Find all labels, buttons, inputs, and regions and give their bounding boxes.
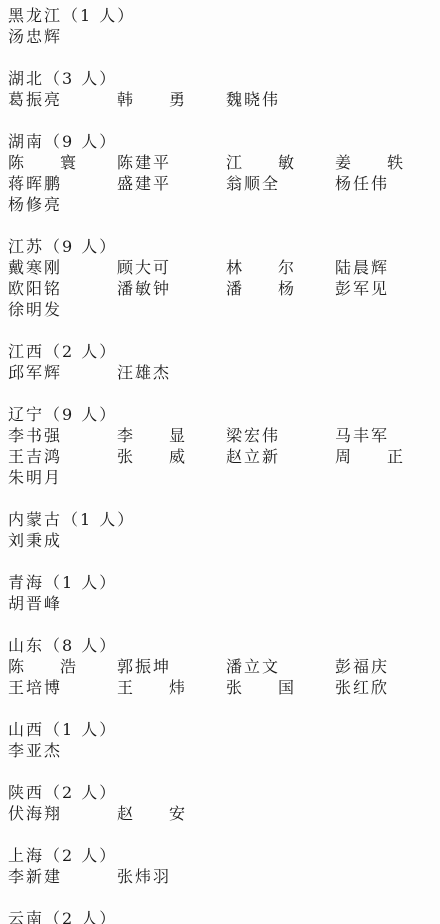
person-name: 周正 — [335, 446, 403, 467]
person-name: 李亚杰 — [8, 740, 117, 761]
person-name: 潘敏钟 — [117, 278, 226, 299]
province-section: 湖北（3 人） 葛振亮韩勇魏晓伟 — [8, 68, 436, 110]
person-name: 朱明月 — [8, 467, 117, 488]
person-name: 李显 — [117, 425, 185, 446]
province-section: 江苏（9 人） 戴寒刚顾大可林尔陆晨辉欧阳铭潘敏钟潘杨彭军见徐明发 — [8, 236, 436, 320]
person-name: 郭振坤 — [117, 656, 226, 677]
names-grid: 邱军辉汪雄杰 — [8, 362, 436, 383]
person-name: 彭福庆 — [335, 656, 440, 677]
province-header: 青海（1 人） — [8, 572, 436, 593]
province-header: 黑龙江（1 人） — [8, 5, 436, 26]
names-grid: 李新建张炜羽 — [8, 866, 436, 887]
province-section: 青海（1 人） 胡晋峰 — [8, 572, 436, 614]
person-name: 梁宏伟 — [226, 425, 335, 446]
person-name: 刘秉成 — [8, 530, 117, 551]
person-name: 陈建平 — [117, 152, 226, 173]
person-name: 王炜 — [117, 677, 185, 698]
person-name: 张国 — [226, 677, 294, 698]
person-name: 杨修亮 — [8, 194, 117, 215]
person-name: 杨任伟 — [335, 173, 440, 194]
person-name: 江敏 — [226, 152, 294, 173]
province-section: 山西（1 人） 李亚杰 — [8, 719, 436, 761]
person-name: 李新建 — [8, 866, 117, 887]
person-name: 王吉鸿 — [8, 446, 117, 467]
names-grid: 葛振亮韩勇魏晓伟 — [8, 89, 436, 110]
province-section: 内蒙古（1 人） 刘秉成 — [8, 509, 436, 551]
person-name: 伏海翔 — [8, 803, 117, 824]
person-name: 彭军见 — [335, 278, 440, 299]
person-name: 葛振亮 — [8, 89, 117, 110]
person-name: 汪雄杰 — [117, 362, 226, 383]
person-name: 胡晋峰 — [8, 593, 117, 614]
person-name: 翁顺全 — [226, 173, 335, 194]
province-section: 云南（2 人） — [8, 908, 436, 924]
province-header: 山西（1 人） — [8, 719, 436, 740]
province-section: 陕西（2 人） 伏海翔赵安 — [8, 782, 436, 824]
province-section: 黑龙江（1 人） 汤忠辉 — [8, 5, 436, 47]
province-header: 内蒙古（1 人） — [8, 509, 436, 530]
person-name: 戴寒刚 — [8, 257, 117, 278]
names-grid: 汤忠辉 — [8, 26, 436, 47]
person-name: 韩勇 — [117, 89, 185, 110]
person-name: 魏晓伟 — [226, 89, 335, 110]
names-grid: 伏海翔赵安 — [8, 803, 436, 824]
person-name: 张红欣 — [335, 677, 440, 698]
names-grid: 刘秉成 — [8, 530, 436, 551]
province-header: 山东（8 人） — [8, 635, 436, 656]
names-grid: 戴寒刚顾大可林尔陆晨辉欧阳铭潘敏钟潘杨彭军见徐明发 — [8, 257, 436, 320]
province-header: 湖北（3 人） — [8, 68, 436, 89]
person-name: 陈浩 — [8, 656, 76, 677]
province-section: 上海（2 人） 李新建张炜羽 — [8, 845, 436, 887]
province-header: 陕西（2 人） — [8, 782, 436, 803]
person-name: 汤忠辉 — [8, 26, 117, 47]
province-header: 湖南（9 人） — [8, 131, 436, 152]
person-name: 王培博 — [8, 677, 117, 698]
person-name: 潘杨 — [226, 278, 294, 299]
person-name: 潘立文 — [226, 656, 335, 677]
document-page: 黑龙江（1 人） 汤忠辉 湖北（3 人） 葛振亮韩勇魏晓伟 湖南（9 人） 陈寰… — [0, 0, 440, 924]
province-section: 江西（2 人） 邱军辉汪雄杰 — [8, 341, 436, 383]
person-name: 邱军辉 — [8, 362, 117, 383]
person-name: 顾大可 — [117, 257, 226, 278]
person-name: 赵立新 — [226, 446, 335, 467]
person-name: 张炜羽 — [117, 866, 226, 887]
names-grid: 李书强李显梁宏伟马丰军王吉鸿张威赵立新周正朱明月 — [8, 425, 436, 488]
province-section: 山东（8 人） 陈浩郭振坤潘立文彭福庆王培博王炜张国张红欣 — [8, 635, 436, 698]
person-name: 陈寰 — [8, 152, 76, 173]
person-name: 陆晨辉 — [335, 257, 440, 278]
person-name: 林尔 — [226, 257, 294, 278]
person-name: 欧阳铭 — [8, 278, 117, 299]
province-header: 上海（2 人） — [8, 845, 436, 866]
province-header: 江苏（9 人） — [8, 236, 436, 257]
person-name: 徐明发 — [8, 299, 117, 320]
person-name: 李书强 — [8, 425, 117, 446]
names-grid: 李亚杰 — [8, 740, 436, 761]
document-body: 黑龙江（1 人） 汤忠辉 湖北（3 人） 葛振亮韩勇魏晓伟 湖南（9 人） 陈寰… — [8, 5, 436, 924]
province-header: 江西（2 人） — [8, 341, 436, 362]
names-grid: 陈寰陈建平江敏姜轶蒋晖鹏盛建平翁顺全杨任伟杨修亮 — [8, 152, 436, 215]
names-grid: 陈浩郭振坤潘立文彭福庆王培博王炜张国张红欣 — [8, 656, 436, 698]
person-name: 蒋晖鹏 — [8, 173, 117, 194]
province-section: 辽宁（9 人） 李书强李显梁宏伟马丰军王吉鸿张威赵立新周正朱明月 — [8, 404, 436, 488]
names-grid: 胡晋峰 — [8, 593, 436, 614]
person-name: 赵安 — [117, 803, 185, 824]
person-name: 马丰军 — [335, 425, 440, 446]
person-name: 姜轶 — [335, 152, 403, 173]
province-header: 辽宁（9 人） — [8, 404, 436, 425]
province-header: 云南（2 人） — [8, 908, 436, 924]
person-name: 张威 — [117, 446, 185, 467]
person-name: 盛建平 — [117, 173, 226, 194]
province-section: 湖南（9 人） 陈寰陈建平江敏姜轶蒋晖鹏盛建平翁顺全杨任伟杨修亮 — [8, 131, 436, 215]
